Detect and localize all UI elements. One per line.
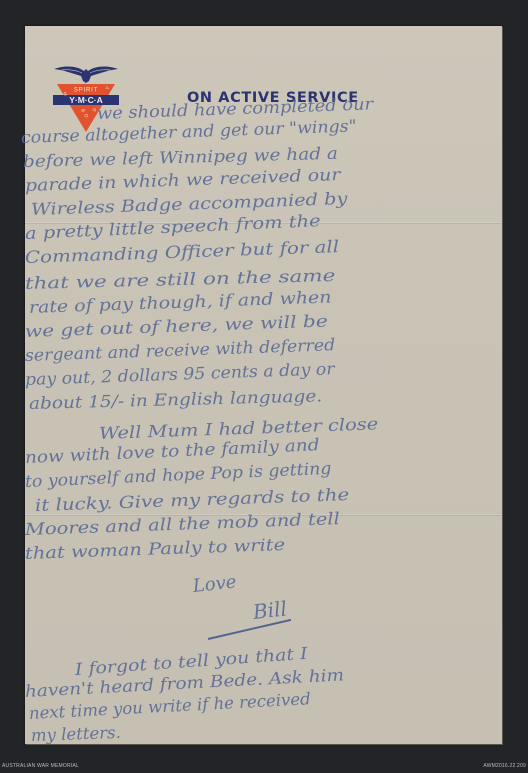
archive-credit: AUSTRALIAN WAR MEMORIAL bbox=[2, 763, 79, 769]
signature-underline bbox=[208, 619, 291, 640]
body-line: that woman Pauly to write bbox=[25, 537, 286, 563]
closing: Love bbox=[192, 573, 237, 595]
postscript-line: my letters. bbox=[31, 725, 121, 745]
body-line: pay out, 2 dollars 95 cents a day or bbox=[25, 361, 335, 388]
body-line: Commanding Officer but for all bbox=[25, 239, 340, 266]
signature: Bill bbox=[252, 599, 288, 622]
eagle-icon bbox=[54, 67, 118, 83]
archive-id: AWM2016.22.209 bbox=[483, 763, 526, 769]
body-line: to yourself and hope Pop is getting bbox=[25, 461, 332, 491]
letter-sheet: SPIRIT Y·M·C·A M Y B O D ON ACTIVE SERVI… bbox=[25, 26, 502, 744]
body-line: about 15/- in English language. bbox=[29, 388, 323, 412]
svg-text:SPIRIT: SPIRIT bbox=[74, 88, 98, 94]
